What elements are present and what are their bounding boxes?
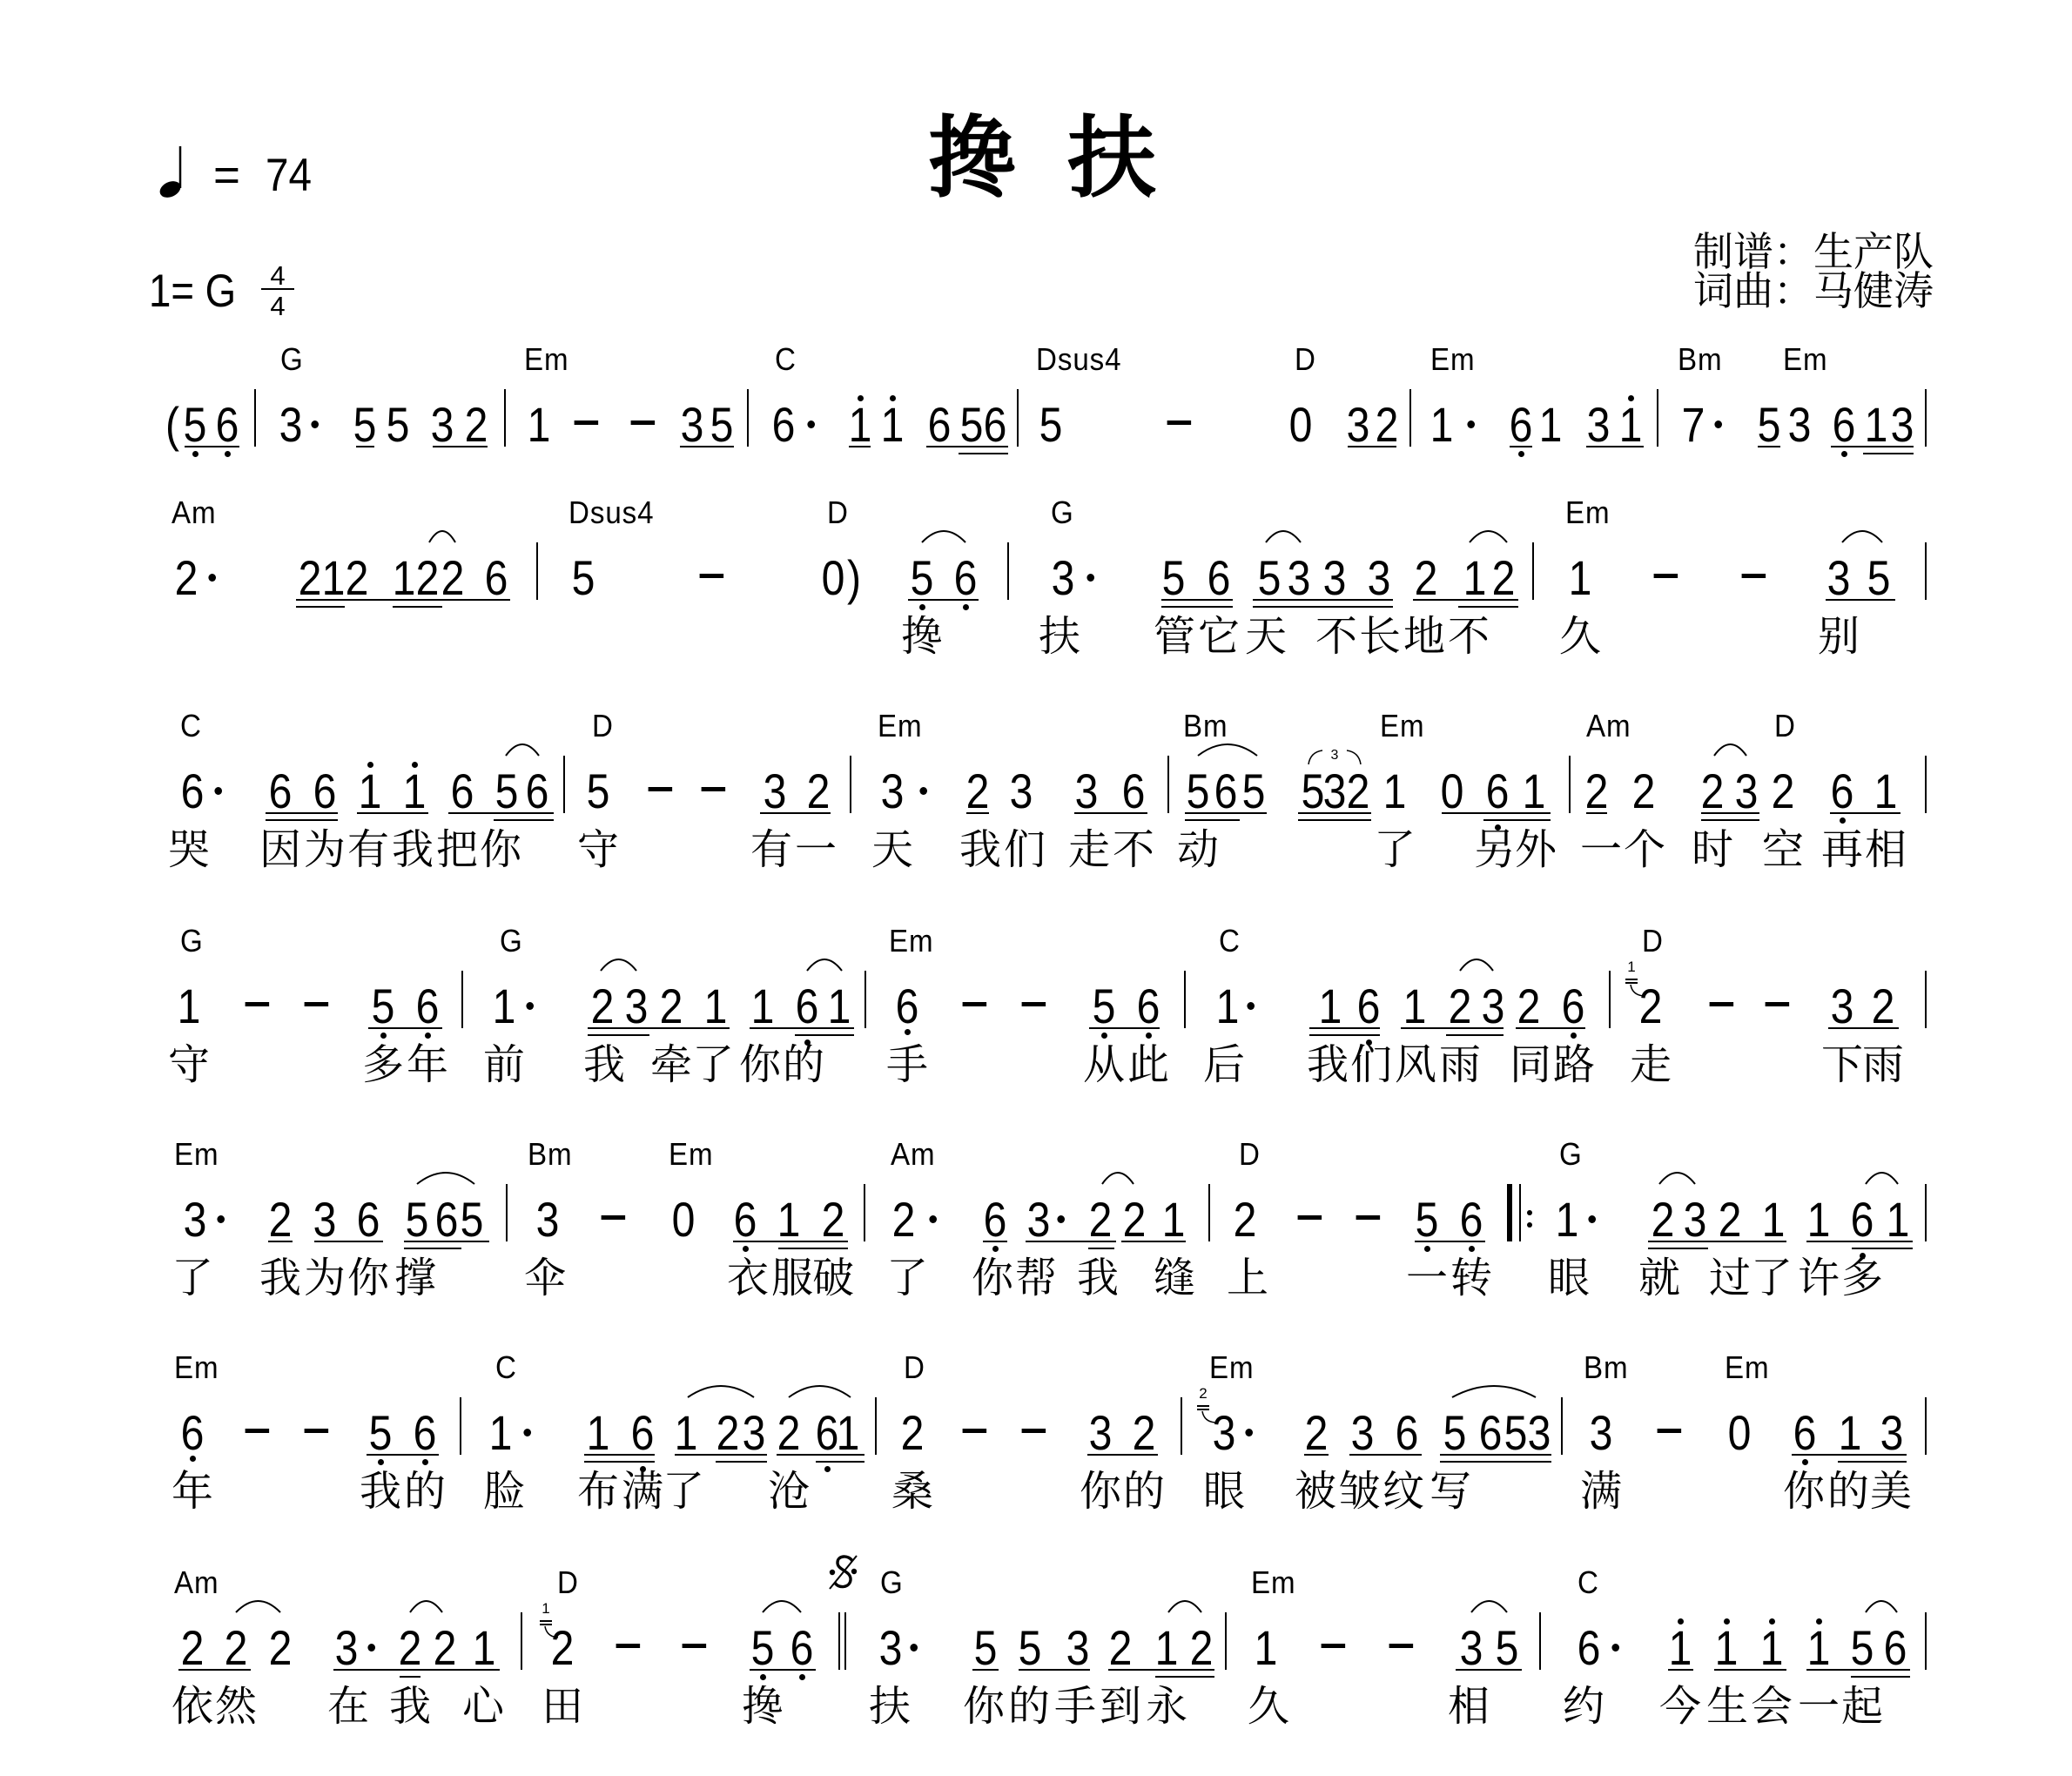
lyric-syllable: 多 (1841, 1257, 1883, 1299)
barline (536, 542, 538, 600)
sustain-dash: – (631, 400, 655, 449)
note: 3 (1482, 982, 1505, 1031)
sustain-dash: – (246, 1409, 269, 1457)
sustain-dash: – (1710, 982, 1733, 1031)
low-octave-dot (225, 451, 231, 457)
note: 3 (1288, 554, 1311, 602)
low-octave-dot (190, 1456, 196, 1462)
note: 6 (1833, 400, 1856, 449)
duration-underline (795, 1034, 854, 1036)
note: 1 (489, 1409, 513, 1457)
slur (1866, 1601, 1897, 1612)
duration-underline (1440, 1461, 1551, 1463)
note: 1 (1155, 1624, 1179, 1672)
duration-underline (314, 1241, 383, 1242)
note: 1 (881, 400, 905, 449)
note: 2 (1305, 1409, 1329, 1457)
duration-underline (393, 606, 442, 608)
lyric-syllable: 缝 (1154, 1257, 1195, 1299)
slur (789, 1386, 851, 1397)
double-barline (844, 1612, 846, 1670)
high-octave-dot (1816, 1618, 1822, 1625)
lyric-syllable: 许 (1798, 1257, 1840, 1299)
barline (1208, 1184, 1210, 1241)
duration-underline (1830, 812, 1900, 814)
duration-underline (1185, 819, 1240, 821)
lyric-syllable: 一 (1406, 1257, 1448, 1299)
duration-underline (1440, 1454, 1551, 1456)
note: 6 (796, 982, 819, 1031)
note: 6 (896, 982, 919, 1031)
note: 1 (777, 1195, 801, 1244)
duration-underline (1304, 1454, 1329, 1456)
lyric-syllable: 同 (1510, 1044, 1551, 1086)
note: 6 (181, 767, 205, 816)
duration-underline (733, 1241, 848, 1242)
chord-symbol: D (592, 710, 614, 742)
duration-underline (1483, 819, 1551, 821)
triplet-bracket (1308, 750, 1322, 764)
note: 3 (1368, 554, 1391, 602)
low-octave-dot (1571, 1033, 1577, 1039)
note: 6 (526, 767, 549, 816)
lyric-syllable: 一 (1580, 829, 1622, 871)
note: 2 (1376, 400, 1399, 449)
chord-symbol: D (827, 497, 849, 528)
low-octave-dot (905, 1029, 911, 1035)
note: 5 (369, 1409, 393, 1457)
lyric-syllable: 我 (1307, 1044, 1349, 1086)
duration-underline (972, 1669, 999, 1671)
barline (506, 1184, 508, 1241)
low-octave-dot (919, 604, 925, 610)
note: 6 (1510, 400, 1533, 449)
augmentation-dot: · (523, 982, 537, 1031)
parenthesis: ( (165, 400, 179, 449)
augmentation-dot: · (917, 767, 931, 816)
slur (1866, 1173, 1898, 1184)
slur (1452, 1386, 1536, 1397)
lyric-syllable: 布 (577, 1470, 619, 1512)
note: 3 (743, 1409, 766, 1457)
note: 1 (837, 1409, 860, 1457)
note: 5 (1162, 554, 1186, 602)
lyric-syllable: 因 (259, 829, 301, 871)
lyric-syllable: 搀 (742, 1685, 784, 1727)
low-octave-dot (1101, 1033, 1107, 1039)
note: 1 (1523, 767, 1546, 816)
note: 5 (461, 1195, 484, 1244)
duration-underline (1087, 1454, 1158, 1456)
note: 3 (1587, 400, 1611, 449)
duration-underline (584, 1454, 655, 1456)
note: 5 (751, 1624, 775, 1672)
note: 1 (1403, 982, 1427, 1031)
note: 2 (299, 554, 322, 602)
duration-underline (1863, 453, 1914, 454)
rest-note: 0 (672, 1195, 696, 1244)
low-octave-dot (192, 451, 198, 457)
lyric-syllable: 我 (389, 1685, 431, 1727)
note: 5 (1093, 982, 1116, 1031)
note: 5 (1187, 767, 1210, 816)
triplet-number: 3 (1331, 749, 1339, 763)
lyric-syllable: 牵 (650, 1044, 692, 1086)
duration-underline (1185, 812, 1267, 814)
duration-underline (1088, 1248, 1114, 1249)
note: 6 (357, 1195, 380, 1244)
lyric-syllable: 被 (1295, 1470, 1336, 1512)
note: 2 (1585, 767, 1609, 816)
slur (601, 959, 636, 971)
note: 2 (822, 1195, 845, 1244)
sustain-dash: – (305, 1409, 328, 1457)
note: 6 (1831, 767, 1854, 816)
barline (1925, 389, 1927, 447)
note: 2 (807, 767, 831, 816)
lyric-syllable: 美 (1870, 1470, 1912, 1512)
duration-underline (1348, 446, 1396, 447)
lyric-syllable: 地 (1403, 616, 1445, 657)
note: 1 (1569, 554, 1592, 602)
lyric-syllable: 哭 (168, 829, 210, 871)
note: 1 (751, 982, 775, 1031)
note: 3 (681, 400, 704, 449)
duration-underline (1806, 1241, 1913, 1242)
lyric-syllable: 长 (1359, 616, 1401, 657)
note: 2 (1701, 767, 1725, 816)
note: 1 (493, 982, 516, 1031)
note: 6 (1460, 1195, 1483, 1244)
note: 1 (1216, 982, 1240, 1031)
note: 2 (551, 1624, 575, 1672)
rest-note: 0 (1441, 767, 1464, 816)
note: 3 (1075, 767, 1099, 816)
note: 2 (269, 1195, 293, 1244)
duration-underline (1349, 1454, 1422, 1456)
sustain-dash: – (616, 1624, 640, 1672)
duration-underline (356, 446, 374, 447)
duration-underline (908, 599, 979, 601)
note: 2 (1190, 1624, 1214, 1672)
duration-underline (185, 446, 239, 447)
duration-underline (1701, 819, 1759, 821)
note: 1 (528, 400, 551, 449)
lyric-syllable: 满 (622, 1470, 663, 1512)
note: 2 (716, 1409, 740, 1457)
duration-underline (1413, 599, 1518, 601)
note: 2 (1492, 554, 1516, 602)
slur (429, 531, 455, 542)
high-octave-dot (1628, 395, 1634, 401)
note: 1 (1255, 1624, 1278, 1672)
lyric-syllable: 你 (480, 829, 521, 871)
note: 6 (435, 1195, 459, 1244)
sustain-dash: – (702, 767, 725, 816)
note: 1 (1874, 767, 1898, 816)
lyric-syllable: 管 (1154, 616, 1195, 657)
lyric-syllable: 手 (886, 1044, 928, 1086)
lyric-syllable: 你 (347, 1257, 389, 1299)
duration-underline (357, 812, 428, 814)
note: 2 (777, 1409, 801, 1457)
note: 5 (372, 982, 395, 1031)
duration-underline (1510, 446, 1532, 447)
duration-underline (750, 1669, 816, 1671)
note: 2 (1449, 982, 1472, 1031)
note: 6 (734, 1195, 757, 1244)
duration-underline (584, 1461, 655, 1463)
low-octave-dot (743, 1246, 749, 1252)
barline (747, 389, 749, 447)
lyric-syllable: 时 (1692, 829, 1733, 871)
lyric-syllable: 有 (750, 829, 792, 871)
note: 6 (1122, 767, 1146, 816)
segno-icon (830, 1556, 857, 1589)
note: 1 (1839, 1409, 1862, 1457)
duration-underline (760, 812, 831, 814)
sustain-dash: – (1742, 554, 1766, 602)
lyric-syllable: 再 (1821, 829, 1863, 871)
lyric-syllable: 风 (1395, 1044, 1436, 1086)
note: 2 (175, 554, 198, 602)
lyric-syllable: 我 (360, 1470, 401, 1512)
note: 6 (1396, 1409, 1419, 1457)
barline (1925, 756, 1927, 813)
chord-symbol: Bm (1183, 710, 1228, 742)
lyric-syllable: 天 (871, 829, 913, 871)
chord-symbol: Bm (528, 1139, 573, 1170)
low-octave-dot (963, 604, 969, 610)
duration-underline (1456, 1669, 1522, 1671)
barline (1925, 1184, 1927, 1241)
note: 6 (1578, 1624, 1601, 1672)
barline (1925, 971, 1927, 1028)
augmentation-dot: · (1054, 1195, 1068, 1244)
note: 1 (1715, 1624, 1739, 1672)
note: 1 (178, 982, 201, 1031)
augmentation-dot: · (804, 400, 818, 449)
ending-number: 1 (542, 1601, 549, 1616)
note: 5 (911, 554, 934, 602)
note: 5 (1242, 767, 1266, 816)
note: 3 (279, 400, 303, 449)
augmentation-dot: · (1084, 554, 1098, 602)
chord-symbol: Em (1565, 497, 1611, 528)
duration-underline (266, 819, 338, 821)
note: 3 (1066, 1624, 1090, 1672)
note: 5 (1851, 1624, 1874, 1672)
note: 2 (225, 1624, 248, 1672)
barline (1925, 1612, 1927, 1670)
note: 2 (416, 554, 440, 602)
lyric-syllable: 了 (172, 1257, 213, 1299)
note: 2 (181, 1624, 205, 1672)
barline (1017, 389, 1019, 447)
chord-symbol: G (180, 925, 204, 957)
duration-underline (1253, 599, 1393, 601)
barline (1181, 1397, 1182, 1455)
barline (1532, 542, 1534, 600)
chord-symbol: G (1051, 497, 1074, 528)
lyric-syllable: 路 (1553, 1044, 1595, 1086)
chord-symbol: C (180, 710, 202, 742)
note: 2 (901, 1409, 925, 1457)
barline (1561, 1397, 1563, 1455)
sustain-dash: – (1167, 400, 1191, 449)
lyric-syllable: 转 (1450, 1257, 1492, 1299)
note: 5 (974, 1624, 998, 1672)
lyric-syllable: 田 (542, 1685, 583, 1727)
lyric-syllable: 纹 (1382, 1470, 1424, 1512)
duration-underline (1792, 1454, 1907, 1456)
chord-symbol: C (1578, 1567, 1599, 1598)
barline (1225, 1612, 1227, 1670)
duration-underline (1309, 1034, 1380, 1036)
lyric-syllable: 年 (172, 1470, 213, 1512)
note: 2 (399, 1624, 422, 1672)
slur (236, 1601, 280, 1612)
low-octave-dot (425, 1033, 431, 1039)
note: 6 (313, 767, 337, 816)
note: 6 (1479, 1409, 1503, 1457)
duration-underline (1401, 1027, 1504, 1029)
lyric-syllable: 相 (1448, 1685, 1490, 1727)
duration-underline (333, 1669, 500, 1671)
lyric-syllable: 从 (1083, 1044, 1125, 1086)
barline (1609, 971, 1611, 1028)
sustain-dash: – (1654, 554, 1678, 602)
note: 6 (954, 554, 978, 602)
sustain-dash: – (246, 982, 269, 1031)
lyric-syllable: 我 (959, 829, 1001, 871)
lyric-syllable: 的 (1008, 1685, 1050, 1727)
duration-underline (1852, 1248, 1913, 1249)
note: 3 (1089, 1409, 1113, 1457)
lyric-syllable: 你 (739, 1044, 781, 1086)
note: 6 (1851, 1195, 1874, 1244)
duration-underline (1108, 1669, 1214, 1671)
chord-symbol: Am (172, 497, 217, 528)
chord-symbol: Em (669, 1139, 714, 1170)
low-octave-dot (1469, 1246, 1475, 1252)
lyric-syllable: 不 (1448, 616, 1490, 657)
duration-underline (1089, 1027, 1160, 1029)
low-octave-dot (422, 1459, 428, 1465)
repeat-dot (1527, 1222, 1532, 1228)
note: 5 (1443, 1409, 1467, 1457)
duration-underline (778, 1248, 848, 1249)
augmentation-dot: · (308, 400, 322, 449)
barline (875, 1397, 877, 1455)
duration-underline (400, 1676, 420, 1678)
duration-underline (1648, 1241, 1786, 1242)
sustain-dash: – (1022, 1409, 1046, 1457)
chord-symbol: D (1774, 710, 1796, 742)
augmentation-dot: · (214, 1195, 228, 1244)
note: 3 (1831, 982, 1854, 1031)
duration-underline (1074, 812, 1147, 814)
augmentation-dot: · (926, 1195, 940, 1244)
slur (1659, 1173, 1695, 1184)
note: 6 (631, 1409, 655, 1457)
note: 3 (1027, 1195, 1051, 1244)
lyric-syllable: 沧 (768, 1470, 810, 1512)
barline (1925, 542, 1927, 600)
duration-underline (1826, 599, 1895, 601)
duration-underline (816, 1461, 864, 1463)
note: 3 (764, 767, 787, 816)
lyric-syllable: 你 (972, 1257, 1013, 1299)
duration-underline (367, 1454, 439, 1456)
note: 3 (335, 1624, 359, 1672)
lyric-syllable: 们 (1004, 829, 1046, 871)
note: 6 (414, 1409, 437, 1457)
chord-symbol: Em (174, 1139, 219, 1170)
lyric-syllable: 别 (1818, 616, 1860, 657)
sustain-dash: – (700, 554, 723, 602)
note: 2 (591, 982, 615, 1031)
note: 2 (269, 1624, 293, 1672)
lyric-syllable: 的 (783, 1044, 824, 1086)
chord-symbol: Em (1209, 1352, 1255, 1383)
lyric-syllable: 动 (1177, 829, 1219, 871)
duration-underline (777, 1454, 864, 1456)
chord-symbol: G (280, 344, 304, 375)
high-octave-dot (858, 395, 864, 401)
lyric-syllable: 雨 (1862, 1044, 1904, 1086)
duration-underline (1446, 1034, 1504, 1036)
low-octave-dot (378, 1459, 384, 1465)
lyric-syllable: 空 (1762, 829, 1804, 871)
low-octave-dot (760, 1674, 766, 1680)
duration-underline (1019, 1669, 1090, 1671)
low-octave-dot (1518, 451, 1524, 457)
note: 6 (269, 767, 293, 816)
repeat-barline-thin (1519, 1184, 1521, 1241)
lyric-syllable: 了 (692, 1044, 734, 1086)
sustain-dash: – (1022, 982, 1046, 1031)
note: 6 (181, 1409, 205, 1457)
note: 5 (587, 767, 610, 816)
lyric-syllable: 后 (1203, 1044, 1245, 1086)
ending-number: 2 (1199, 1386, 1207, 1401)
duration-underline (1161, 606, 1233, 608)
note: 6 (816, 1409, 839, 1457)
note: 1 (1162, 1195, 1186, 1244)
note: 3 (1010, 767, 1033, 816)
barline (1167, 756, 1169, 813)
chord-symbol: Am (891, 1139, 936, 1170)
lyric-syllable: 过 (1709, 1257, 1751, 1299)
ending-mark-line (540, 1620, 552, 1622)
lyric-syllable: 此 (1127, 1044, 1169, 1086)
lyric-syllable: 走 (1068, 829, 1110, 871)
duration-underline (1828, 1027, 1899, 1029)
note: 6 (1214, 767, 1238, 816)
lyric-syllable: 破 (812, 1257, 854, 1299)
chord-symbol: Am (174, 1567, 219, 1598)
duration-underline (404, 1248, 461, 1249)
lyric-syllable: 生 (1706, 1685, 1748, 1727)
note: 6 (984, 1195, 1007, 1244)
duration-underline (1831, 446, 1914, 447)
lyric-syllable: 守 (577, 829, 619, 871)
lyric-syllable: 满 (1580, 1470, 1622, 1512)
lyric-syllable: 走 (1630, 1044, 1672, 1086)
note: 2 (660, 982, 683, 1031)
lyric-syllable: 久 (1248, 1685, 1289, 1727)
